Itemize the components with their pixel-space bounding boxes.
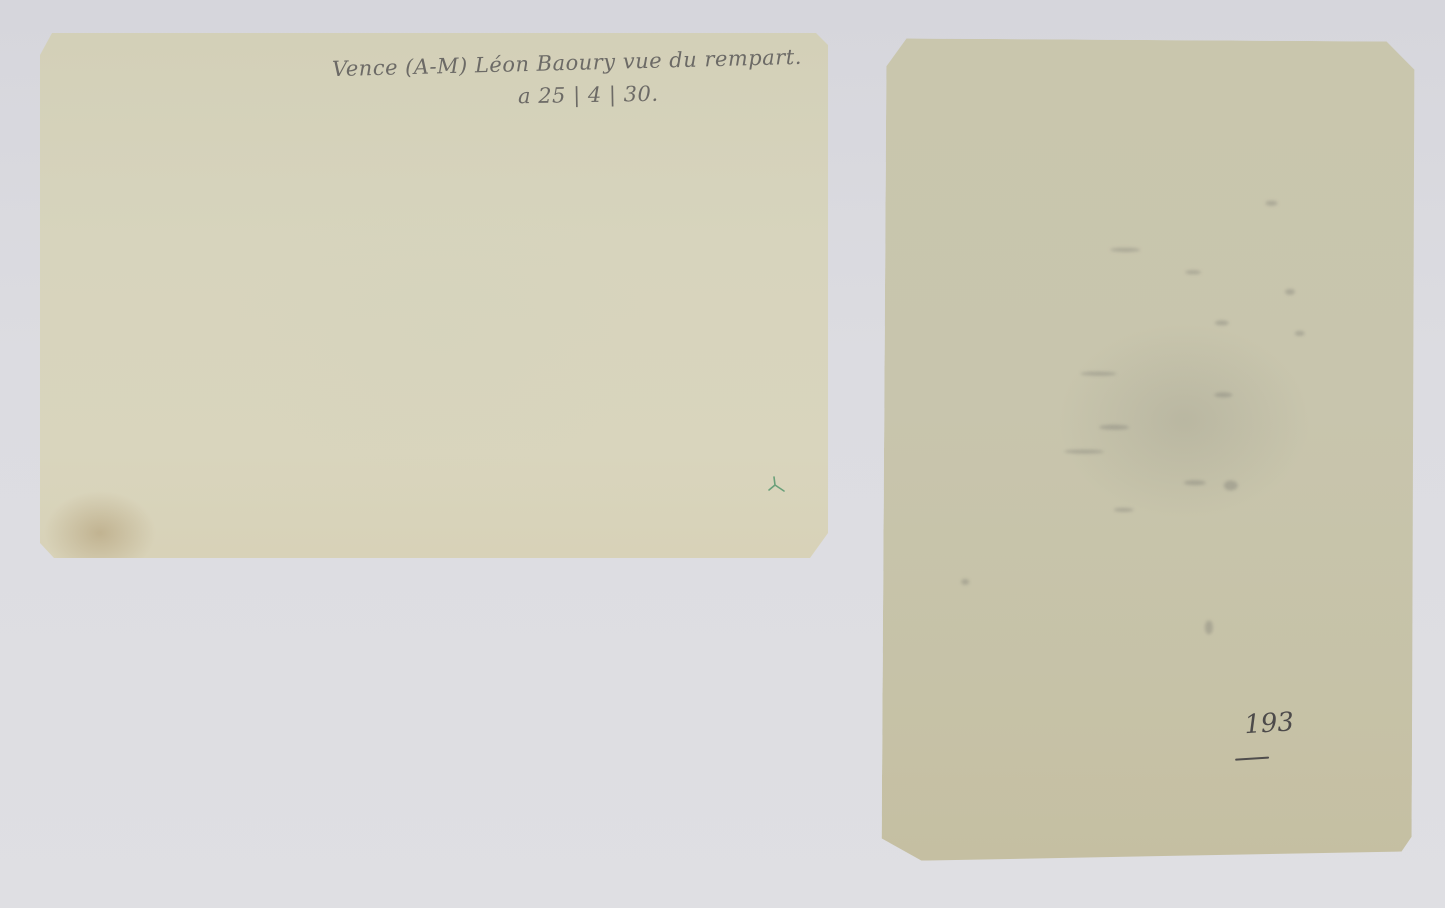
graphite-smudge (1295, 331, 1305, 336)
graphite-smudge (1064, 449, 1104, 453)
graphite-smudge (1285, 289, 1295, 295)
graphite-smudge (1080, 372, 1116, 376)
graphite-smudge (1114, 508, 1134, 512)
graphite-smudge (1215, 320, 1229, 325)
inscription-line-2: a 25 | 4 | 30. (518, 82, 659, 108)
graphite-smudge (1224, 480, 1238, 490)
right-paper-sheet: 193 (881, 38, 1416, 863)
inscription-line-1: Vence (A-M) Léon Baoury vue du rempart. (332, 45, 802, 81)
photo-scene: Vence (A-M) Léon Baoury vue du rempart. … (0, 0, 1445, 908)
graphite-smudge (1205, 620, 1213, 634)
green-pencil-mark-icon (766, 475, 788, 495)
catalog-number-underline (1235, 757, 1269, 761)
graphite-smudge (1110, 248, 1140, 252)
graphite-smudge (1184, 480, 1206, 485)
graphite-smudge (1214, 392, 1232, 397)
graphite-smudge (1266, 201, 1278, 206)
graphite-smudge (961, 579, 969, 585)
graphite-smudge (1099, 425, 1129, 430)
left-paper-sheet: Vence (A-M) Léon Baoury vue du rempart. … (40, 33, 828, 558)
graphite-smudge (1185, 270, 1201, 274)
catalog-number: 193 (1243, 707, 1294, 740)
